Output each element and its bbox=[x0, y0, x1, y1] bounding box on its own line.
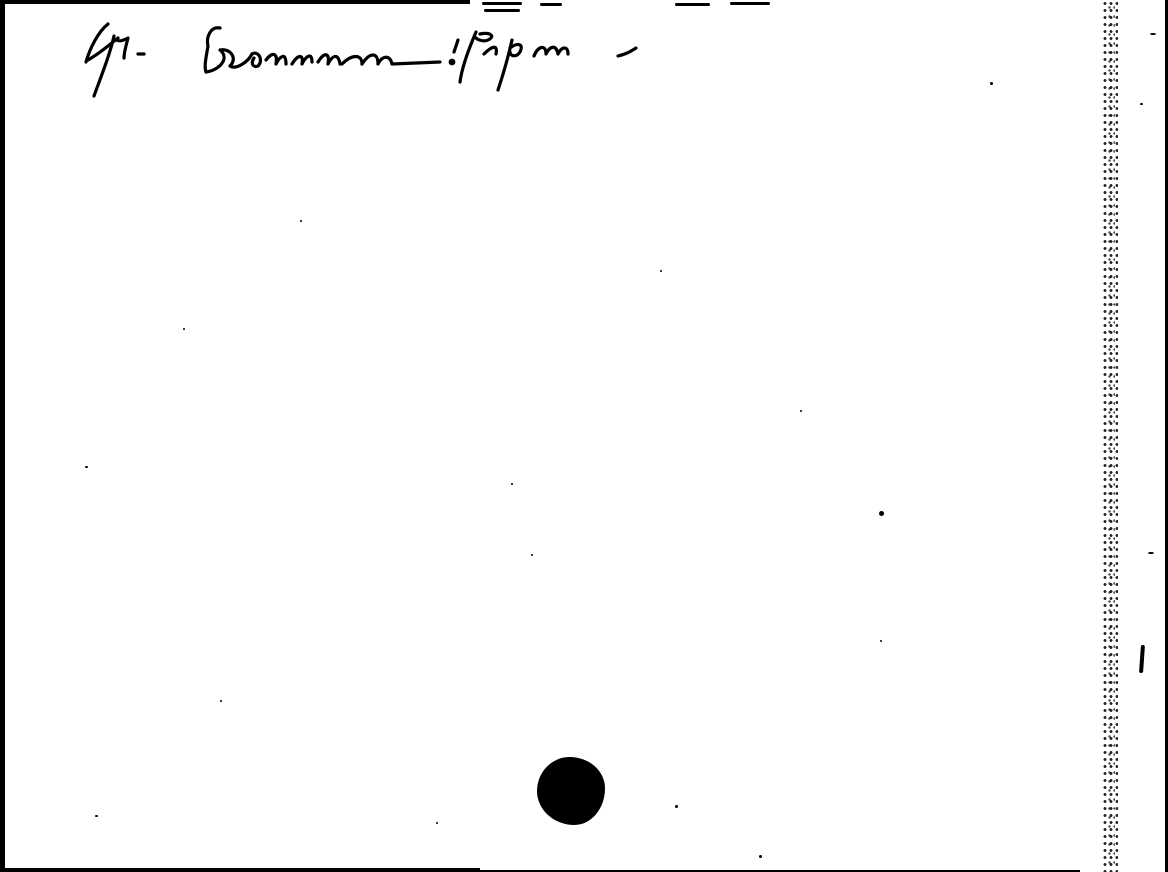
right-margin-pen-mark bbox=[1139, 645, 1145, 673]
speck bbox=[1140, 103, 1143, 105]
right-edge-dotted-strip-inner bbox=[1107, 3, 1115, 869]
speck bbox=[511, 483, 513, 485]
card-left-edge bbox=[0, 0, 5, 872]
speck bbox=[95, 815, 98, 817]
speck bbox=[1148, 552, 1154, 554]
top-ink-marks bbox=[480, 0, 840, 12]
card-bottom-edge bbox=[0, 868, 480, 872]
ink-blot bbox=[537, 757, 605, 825]
speck bbox=[660, 270, 662, 272]
speck bbox=[85, 466, 88, 468]
speck bbox=[759, 855, 762, 858]
speck bbox=[183, 328, 185, 330]
speck bbox=[531, 554, 533, 556]
speck bbox=[990, 82, 993, 85]
speck bbox=[1150, 33, 1156, 35]
speck bbox=[880, 640, 882, 642]
scanned-card: Гр. Волоши: Херон – bbox=[0, 0, 1168, 872]
speck bbox=[800, 410, 802, 412]
handwritten-title: Гр. Волоши: Херон – bbox=[80, 18, 780, 108]
speck bbox=[675, 805, 678, 808]
speck bbox=[879, 511, 884, 516]
card-top-edge bbox=[0, 0, 470, 4]
speck bbox=[220, 700, 222, 702]
speck bbox=[300, 220, 302, 222]
speck bbox=[436, 822, 438, 824]
